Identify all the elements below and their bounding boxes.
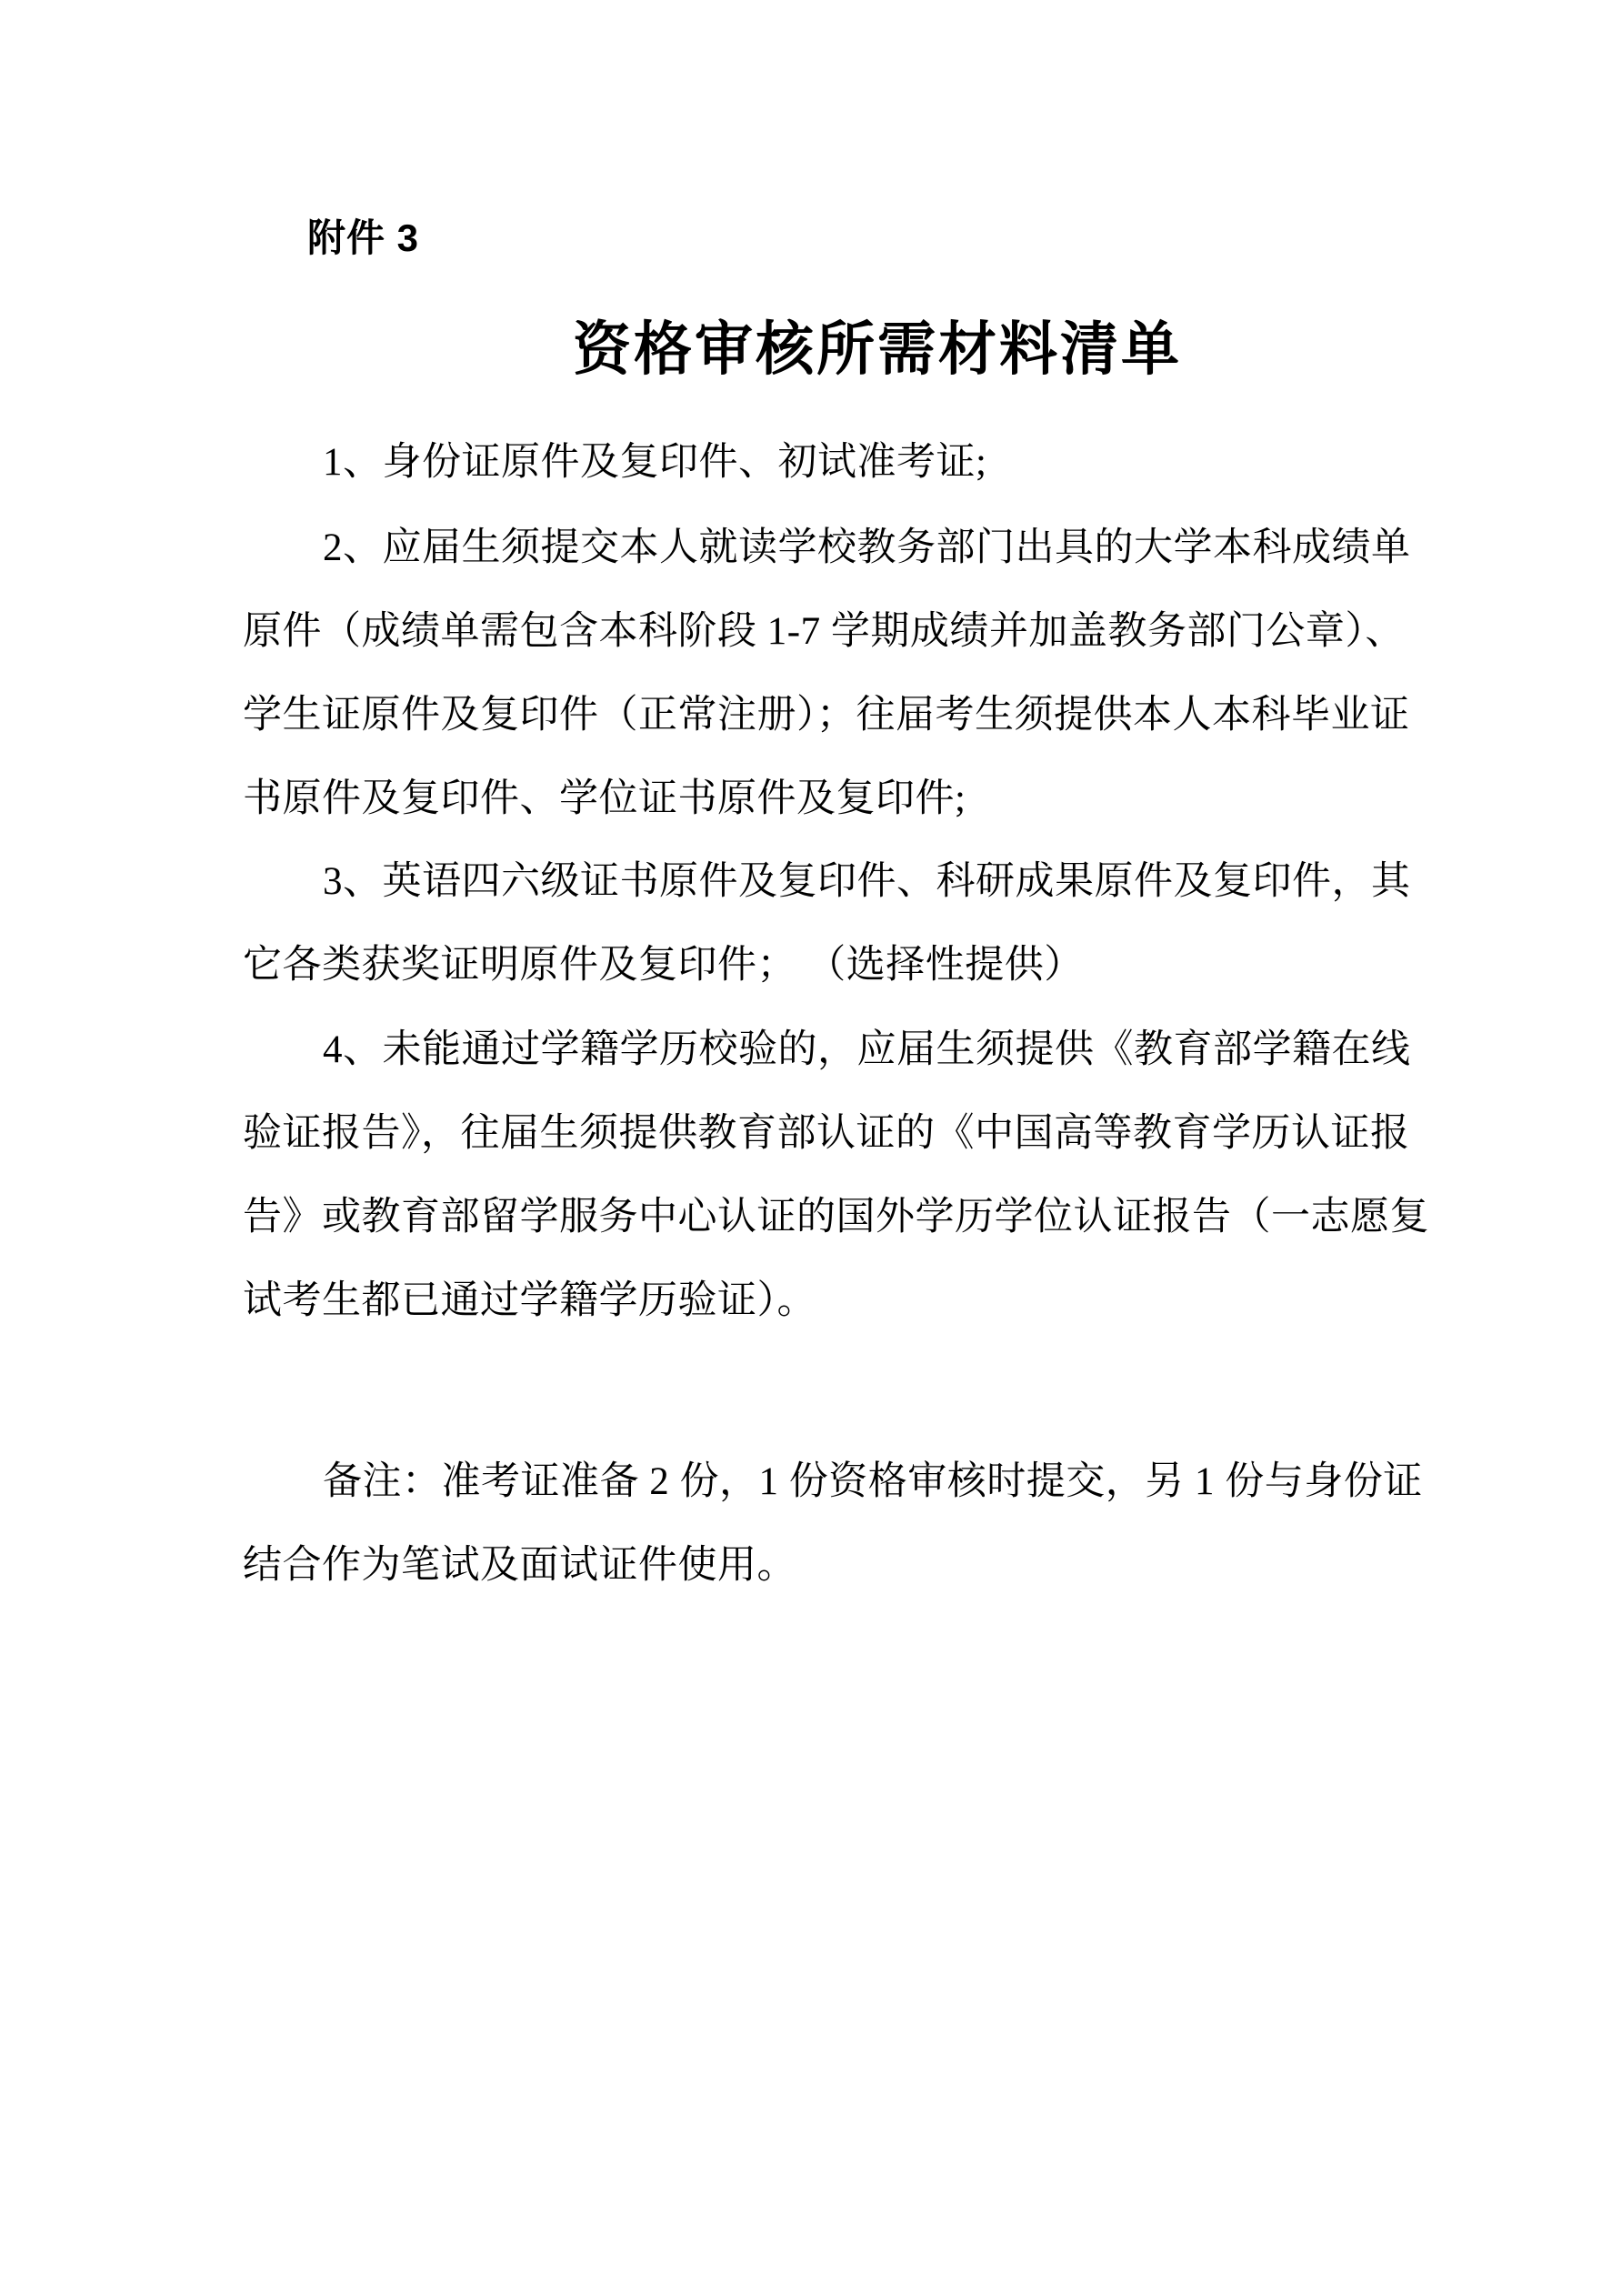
paragraph-1: 1、身份证原件及复印件、初试准考证; xyxy=(243,421,1410,505)
note-paragraph: 备注：准考证准备 2 份，1 份资格审核时提交，另 1 份与身份证 结合作为笔试… xyxy=(243,1440,1410,1608)
attachment-label: 附件 3 xyxy=(307,215,419,262)
paragraph-2-line-3: 学生证原件及复印件（正常注册）；往届考生须提供本人本科毕业证 xyxy=(243,674,1410,757)
paragraph-2-line-1: 2、应届生须提交本人就读学校教务部门出具的大学本科成绩单 xyxy=(243,506,1410,590)
paragraph-2: 2、应届生须提交本人就读学校教务部门出具的大学本科成绩单 原件（成绩单需包含本科… xyxy=(243,506,1410,841)
document-page: 附件 3 资格审核所需材料清单 1、身份证原件及复印件、初试准考证; 2、应届生… xyxy=(0,0,1622,2296)
document-title: 资格审核所需材料清单 xyxy=(243,309,1405,391)
paragraph-1-line-1: 1、身份证原件及复印件、初试准考证; xyxy=(243,421,1410,505)
paragraph-4-line-1: 4、未能通过学籍学历校验的，应届生须提供《教育部学籍在线 xyxy=(243,1008,1410,1092)
note-line-1: 备注：准考证准备 2 份，1 份资格审核时提交，另 1 份与身份证 xyxy=(243,1440,1410,1524)
paragraph-4: 4、未能通过学籍学历校验的，应届生须提供《教育部学籍在线 验证报告》，往届生须提… xyxy=(243,1008,1410,1343)
paragraph-4-line-4: 试考生都已通过学籍学历验证）。 xyxy=(243,1259,1410,1343)
paragraph-3-line-1: 3、英语四六级证书原件及复印件、科研成果原件及复印件，其 xyxy=(243,840,1410,924)
paragraph-3: 3、英语四六级证书原件及复印件、科研成果原件及复印件，其 它各类获奖证明原件及复… xyxy=(243,840,1410,1008)
paragraph-2-line-4: 书原件及复印件、学位证书原件及复印件; xyxy=(243,757,1410,841)
paragraph-4-line-3: 告》或教育部留学服务中心认证的国外学历学位认证报告（一志愿复 xyxy=(243,1176,1410,1259)
paragraph-4-line-2: 验证报告》，往届生须提供教育部认证的《中国高等教育学历认证报 xyxy=(243,1092,1410,1176)
note-line-2: 结合作为笔试及面试证件使用。 xyxy=(243,1524,1410,1608)
paragraph-3-line-2: 它各类获奖证明原件及复印件； （选择性提供） xyxy=(243,924,1410,1008)
paragraph-2-line-2: 原件（成绩单需包含本科阶段 1-7 学期成绩并加盖教务部门公章）、 xyxy=(243,590,1410,674)
